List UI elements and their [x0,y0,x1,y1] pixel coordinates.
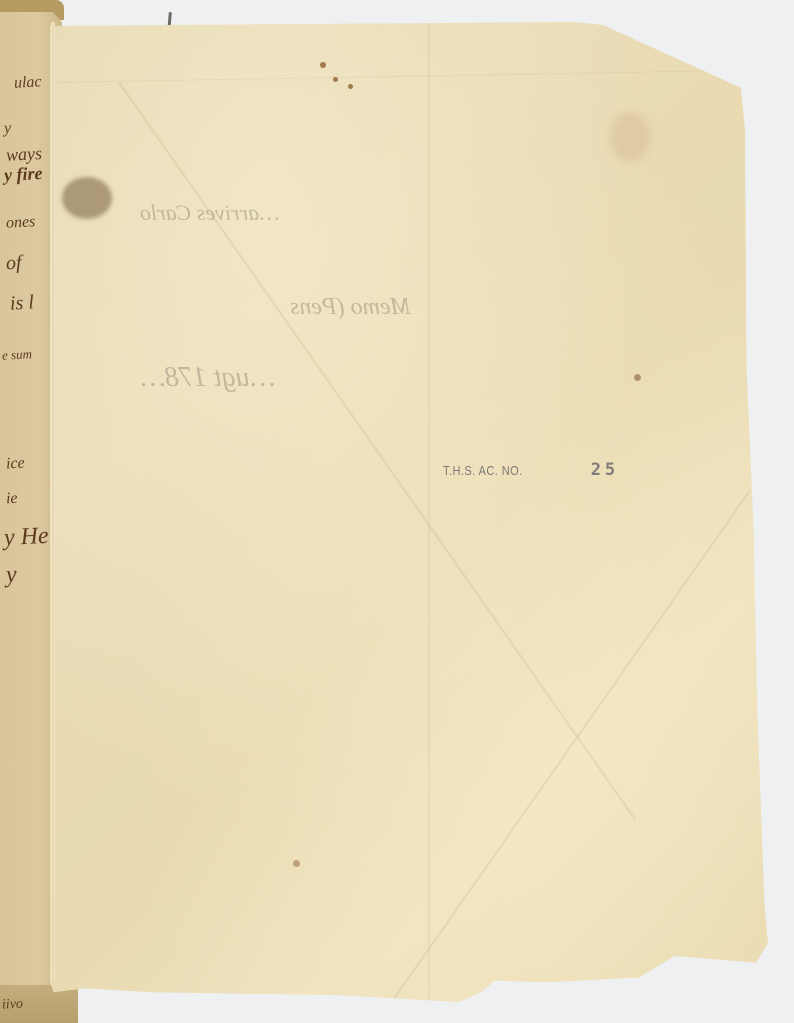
stain [62,177,112,219]
accession-number: 25 [591,460,619,480]
stain [348,84,353,89]
paper-sheet: …arrives Carlo Memo (Pens …ugt 178… [50,22,768,1002]
handwriting-fragment: y [4,120,12,138]
handwriting-fragment: of [5,252,22,276]
fold-crease [393,491,750,1000]
adjacent-page-bottom: iivo [0,985,78,1023]
handwriting-fragment: y [5,562,17,590]
handwriting-fragment: iivo [2,996,24,1013]
stain [293,860,300,867]
scanned-document: ulac y ways y fire ones of is l e sum ic… [0,0,794,1023]
handwriting-fragment: e sum [2,346,33,364]
handwriting-fragment: is l [9,291,34,315]
handwriting-fragment: y He [3,523,49,552]
fold-crease [428,22,430,1022]
bleed-through-ink: Memo (Pens [290,294,411,321]
handwriting-fragment: ulac [14,73,42,92]
handwriting-fragment: ice [6,455,26,474]
stain [333,77,338,82]
fold-crease [50,70,750,83]
handwriting-fragment: ones [6,213,36,233]
fold-crease [118,82,636,820]
bleed-through-ink: …ugt 178… [140,362,275,394]
spine-crease [51,22,55,982]
stain [320,62,326,68]
stain [634,374,641,381]
accession-label: T.H.S. AC. NO. [443,463,523,478]
handwriting-fragment: ie [6,490,18,509]
accession-stamp: T.H.S. AC. NO. 25 [443,460,619,480]
stain [610,112,650,162]
bleed-through-ink: …arrives Carlo [140,200,279,226]
handwriting-fragment: y fire [3,163,43,186]
